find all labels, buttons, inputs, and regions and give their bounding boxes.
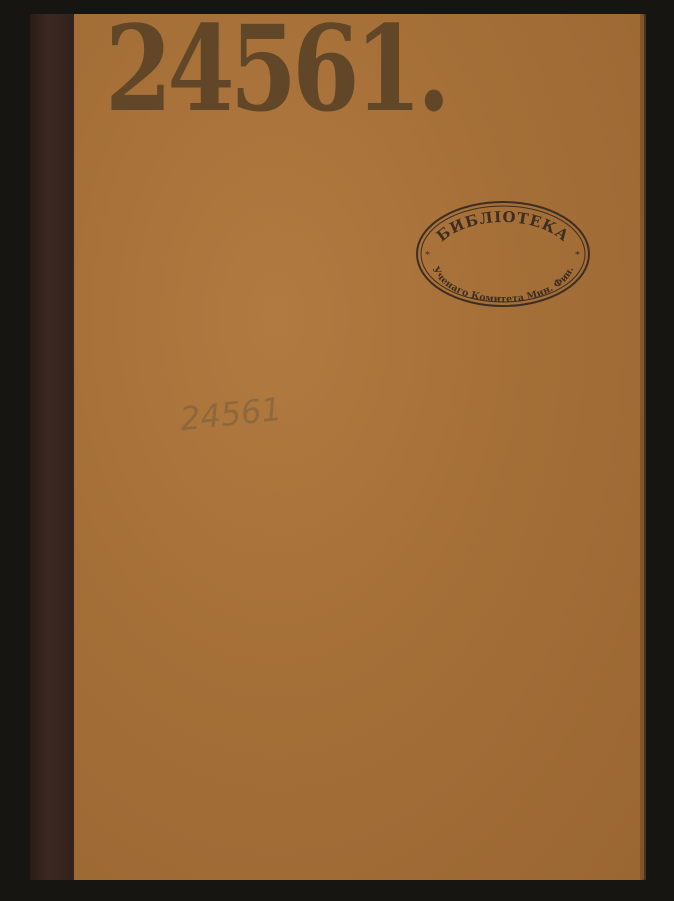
svg-text:БИБЛІОТЕКА: БИБЛІОТЕКА: [433, 208, 573, 246]
svg-text:Ученаго Комитета Мин. Фин.: Ученаго Комитета Мин. Фин.: [430, 265, 577, 305]
inventory-number: 24561.: [105, 10, 446, 128]
stamp-star-icon: *: [575, 250, 580, 261]
stamp-top-text: БИБЛІОТЕКА: [433, 208, 573, 246]
stamp-bottom-text: Ученаго Комитета Мин. Фин.: [430, 265, 577, 305]
cloth-spine: [30, 14, 74, 880]
book-cover: [30, 14, 644, 880]
library-stamp: БИБЛІОТЕКА Ученаго Комитета Мин. Фин. * …: [415, 200, 591, 308]
cover-edge: [640, 14, 646, 880]
stamp-star-icon: *: [425, 250, 430, 261]
